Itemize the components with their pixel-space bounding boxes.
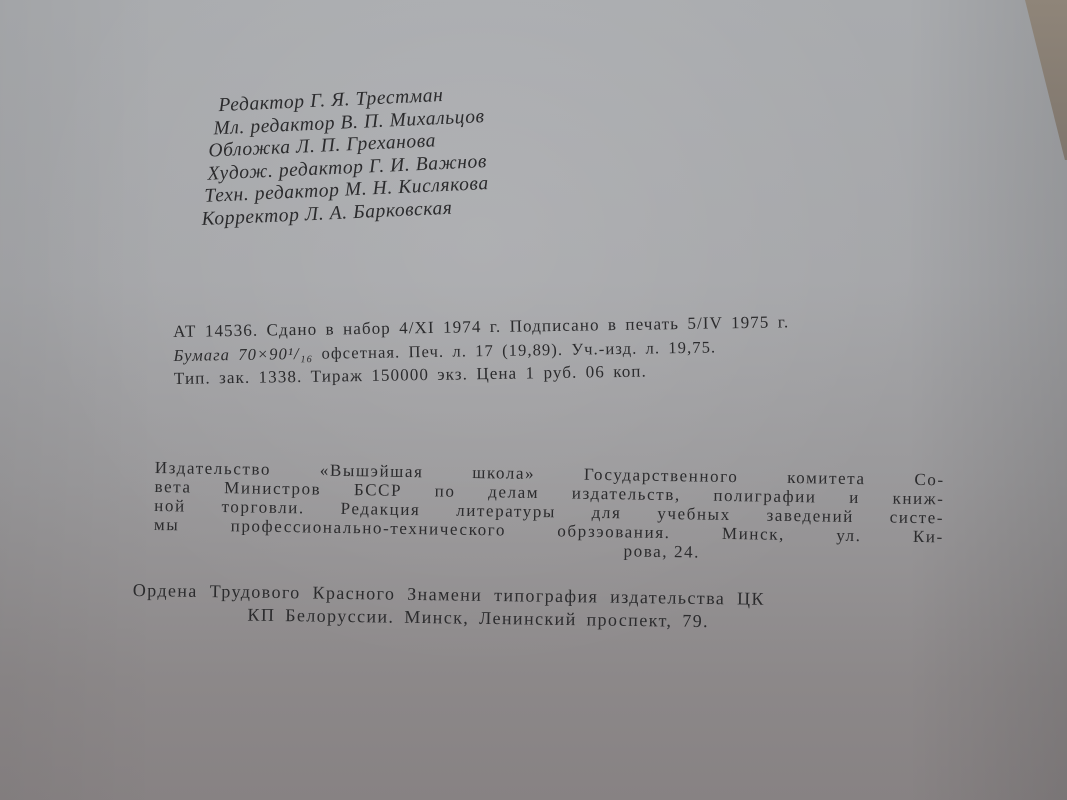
printer-info: Ордена Трудового Красного Знамени типогр… [132,579,765,634]
imprint-sheet-info: офсетная. Печ. л. 17 (19,89). Уч.-изд. л… [321,337,716,362]
editorial-credits: Редактор Г. Я. Трестман Мл. редактор В. … [200,83,490,231]
publisher-info: Издательство «Вышэйшая школа» Государств… [154,458,955,566]
paper-shading [0,0,1067,800]
print-imprint: АТ 14536. Сдано в набор 4/XI 1974 г. Под… [173,310,790,390]
page-edge-shadow [997,0,1067,160]
imprint-paper-format: Бумага 70×90¹/₁₆ [173,343,313,364]
